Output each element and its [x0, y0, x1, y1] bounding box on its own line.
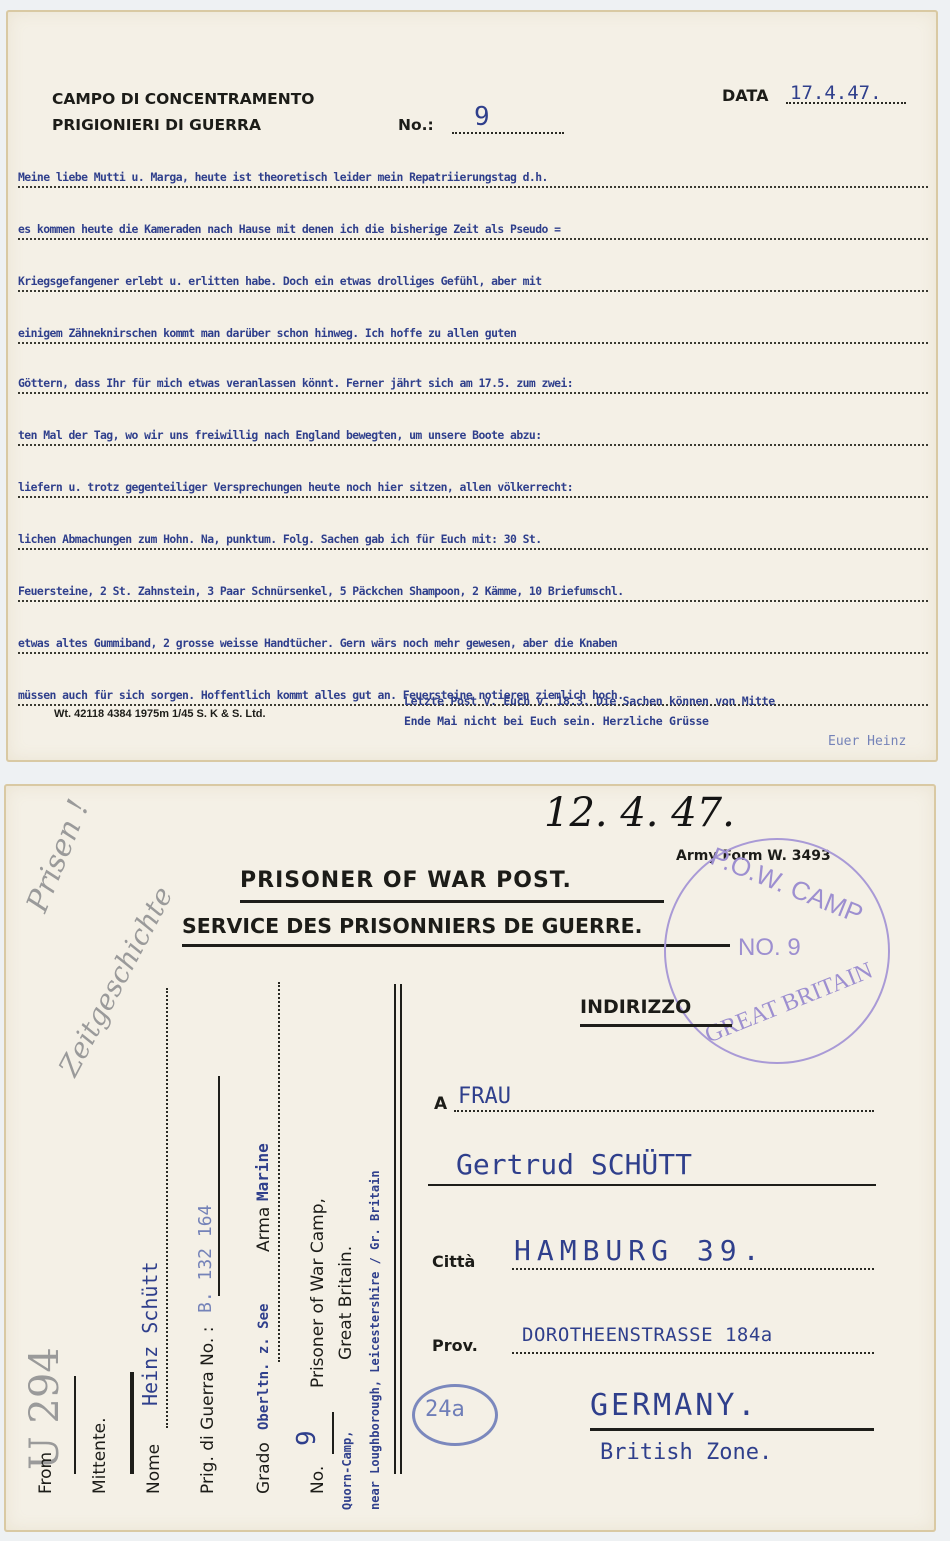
camp-header-line2: PRIGIONIERI DI GUERRA — [52, 116, 261, 134]
postcard-front: CAMPO DI CONCENTRAMENTO PRIGIONIERI DI G… — [6, 10, 938, 762]
handwritten-date: 12. 4. 47. — [544, 790, 735, 836]
title-service-des-prisonniers: SERVICE DES PRISONNIERS DE GUERRE. — [182, 914, 642, 938]
letter-line: liefern u. trotz gegenteiliger Versprech… — [18, 466, 928, 498]
nome-line — [166, 988, 168, 1428]
postcard-back: 12. 4. 47. Army Form W. 3493 PRISONER OF… — [4, 784, 936, 1532]
postscript-line: Letzte Post v. Euch v. 18.3. Die Sachen … — [404, 694, 775, 708]
letter-line: es kommen heute die Kameraden nach Hause… — [18, 208, 928, 240]
addressee-name-value: Gertrud SCHÜTT — [456, 1148, 692, 1181]
city-label: Città — [432, 1252, 475, 1271]
country-underline — [590, 1428, 874, 1431]
street-value: DOROTHEENSTRASSE 184a — [522, 1324, 773, 1346]
circled-reference: 24a — [412, 1384, 498, 1446]
camp-label-1: Prisoner of War Camp, — [308, 1198, 328, 1388]
prig-number-label: Prig. di Guerra No. : — [198, 1327, 218, 1494]
letter-line: Feuersteine, 2 St. Zahnstein, 3 Paar Sch… — [18, 570, 928, 602]
city-value: HAMBURG 39. — [514, 1234, 765, 1267]
sender-name-value: Heinz Schütt — [138, 1262, 162, 1407]
signature: Euer Heinz — [828, 734, 906, 749]
title-prisoner-of-war-post: PRISONER OF WAR POST. — [240, 868, 572, 893]
camp-location-line2: near Loughborough, Leicestershire / Gr. … — [368, 1170, 382, 1510]
number-field-line — [452, 132, 564, 134]
grado-line — [278, 982, 280, 1362]
city-line — [512, 1268, 874, 1270]
letter-line: ten Mal der Tag, wo wir uns freiwillig n… — [18, 414, 928, 446]
letter-line: Kriegsgefangener erlebt u. erlitten habe… — [18, 260, 928, 292]
from-rule — [74, 1376, 76, 1474]
printer-imprint: Wt. 42118 4384 1975m 1/45 S. K & S. Ltd. — [54, 708, 266, 720]
date-label: DATA — [722, 86, 768, 105]
branch-value: Marine — [253, 1143, 272, 1201]
number-label: No.: — [398, 116, 434, 134]
addressee-title-value: FRAU — [458, 1084, 511, 1109]
indirizzo-underline — [580, 1024, 732, 1027]
mittente-label: Mittente. — [90, 1418, 110, 1494]
sender-double-rule — [394, 984, 396, 1474]
addressee-line — [454, 1110, 874, 1112]
arma-label: Arma — [254, 1207, 274, 1252]
zone-value: British Zone. — [600, 1440, 772, 1465]
province-line — [512, 1352, 874, 1354]
title-underline — [240, 900, 664, 903]
postscript-line: Ende Mai nicht bei Euch sein. Herzliche … — [404, 714, 709, 728]
letter-line: etwas altes Gummiband, 2 grosse weisse H… — [18, 622, 928, 654]
pencil-note-zeitgeschichte: Zeitgeschichte — [52, 881, 179, 1081]
indirizzo-heading: INDIRIZZO — [580, 996, 691, 1018]
title-underline — [182, 944, 730, 947]
pencil-note-prisen: Prisen ! — [20, 794, 97, 917]
camp-number-value: 9 — [292, 1430, 322, 1446]
date-value: 17.4.47. — [790, 82, 882, 104]
camp-number-label: No. — [308, 1466, 328, 1494]
prig-number-line — [218, 1076, 220, 1296]
camp-number-line — [332, 1412, 334, 1454]
mittente-rule — [130, 1372, 134, 1474]
province-label: Prov. — [432, 1336, 478, 1355]
pow-camp-postmark: P.O.W. CAMP NO. 9 GREAT BRITAIN — [664, 838, 890, 1064]
camp-label-2: Great Britain. — [336, 1246, 356, 1360]
name-line — [428, 1184, 876, 1186]
camp-location-line1: Quorn-Camp, — [340, 1431, 354, 1510]
camp-header-line1: CAMPO DI CONCENTRAMENTO — [52, 90, 314, 108]
sender-double-rule — [400, 984, 402, 1474]
camp-number-value: 9 — [474, 102, 490, 132]
rank-value: Oberltn. z. See — [256, 1304, 272, 1430]
letter-line: Göttern, dass Ihr für mich etwas veranla… — [18, 362, 928, 394]
nome-label: Nome — [144, 1444, 164, 1494]
letter-line: einigem Zähneknirschen kommt man darüber… — [18, 312, 928, 344]
from-label: From — [36, 1452, 56, 1494]
letter-line: lichen Abmachungen zum Hohn. Na, punktum… — [18, 518, 928, 550]
prisoner-number-value: B. 132 164 — [195, 1205, 216, 1313]
letter-line: Meine liebe Mutti u. Marga, heute ist th… — [18, 156, 928, 188]
country-value: GERMANY. — [590, 1388, 759, 1423]
addressee-label: A — [434, 1094, 447, 1114]
grado-label: Grado — [254, 1442, 274, 1494]
